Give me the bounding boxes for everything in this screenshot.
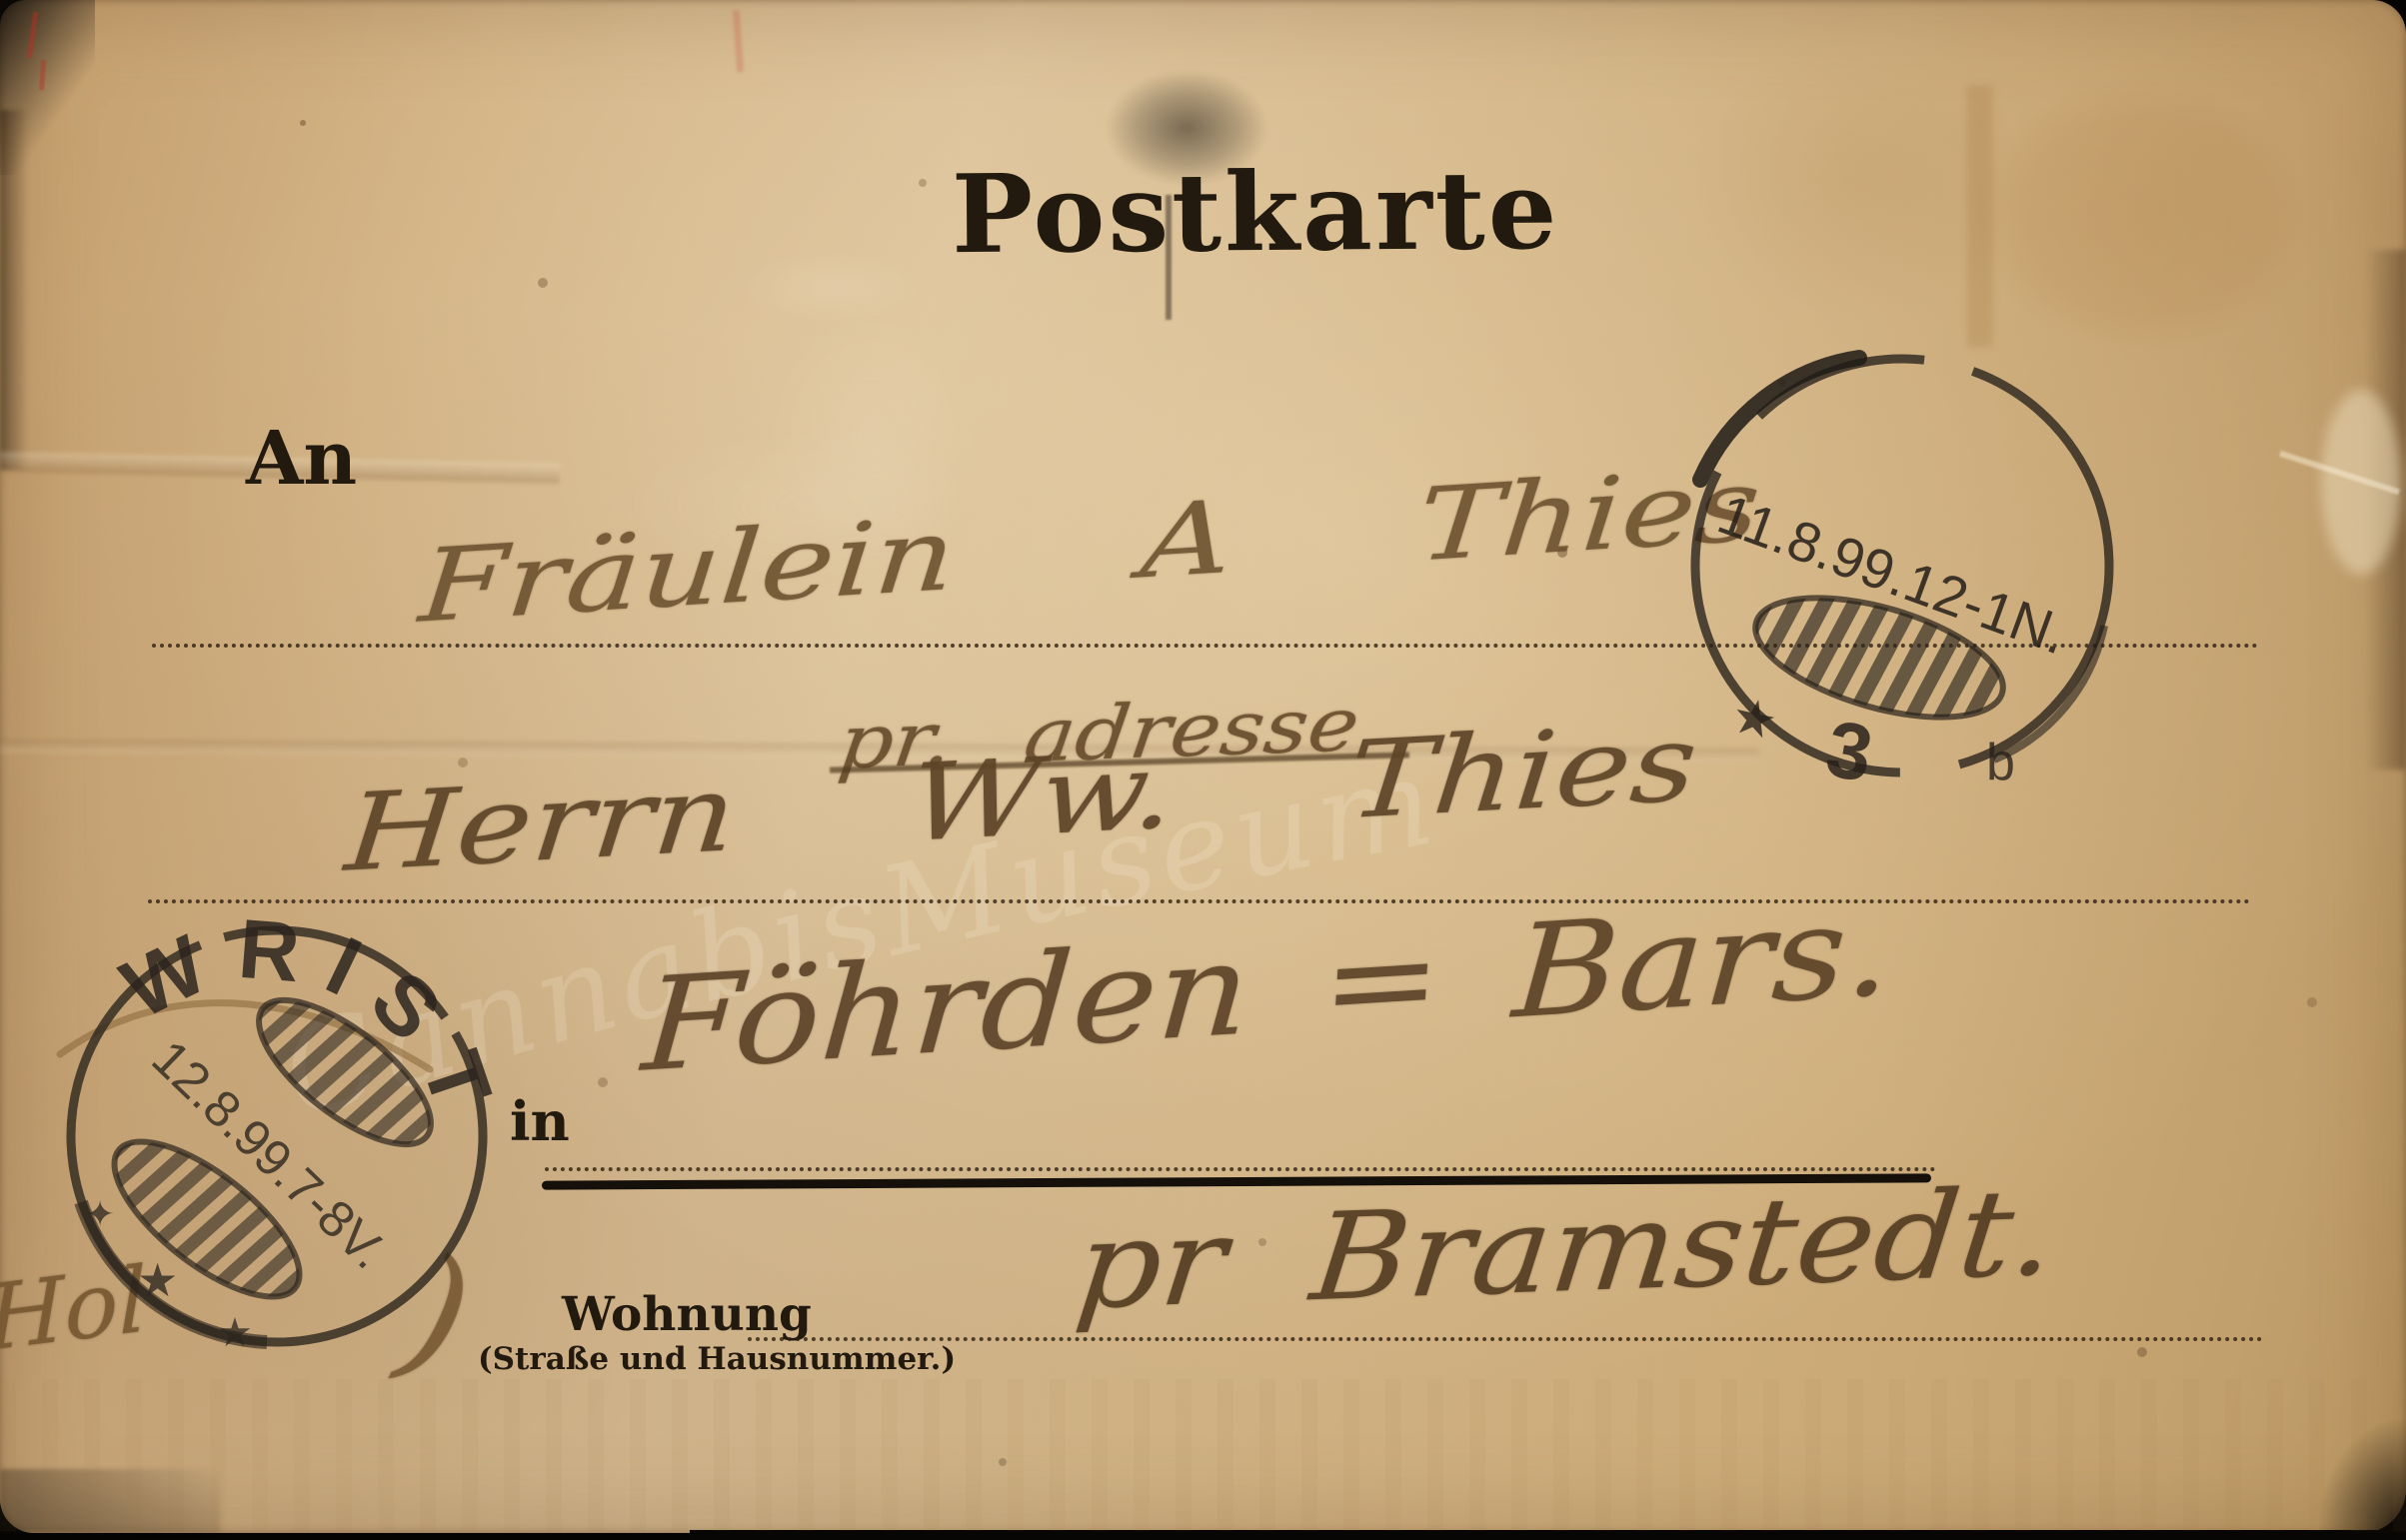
wohnung-label: Wohnung: [562, 1287, 812, 1342]
arrival-number: 3: [1820, 704, 1879, 798]
dotted-line-2: [148, 899, 2251, 903]
stain-top-center-wash: [1689, 40, 2029, 320]
dotted-line-4: [748, 1337, 2263, 1341]
table-gap-bottom: [690, 1530, 2406, 1540]
arrival-star-icon: ★: [1726, 687, 1781, 751]
postmark-arrival: 11.8.99.12-1N. ★ 3 b: [1654, 328, 2154, 807]
dotted-line-3: [545, 1167, 1936, 1171]
wohnung-sublabel: (Straße und Hausnummer.): [478, 1341, 956, 1377]
photo-backdrop: CannabisMuseum.com Postkarte An Fräulein…: [0, 0, 2406, 1540]
an-label: An: [246, 416, 357, 502]
postcard-title: Postkarte: [952, 148, 1560, 278]
paper-grain: [0, 1379, 2406, 1531]
star-icon: ★: [137, 1254, 178, 1306]
paper-specks: [300, 120, 306, 126]
arrival-letter: b: [1986, 734, 2015, 791]
postmark-wrist: WRIST 12.8.99.7-8V. ✦ ★ ★: [45, 904, 515, 1374]
edge-shade-left: [0, 110, 28, 470]
star-icon: ✦: [85, 1193, 115, 1234]
star-icon: ★: [217, 1311, 253, 1355]
